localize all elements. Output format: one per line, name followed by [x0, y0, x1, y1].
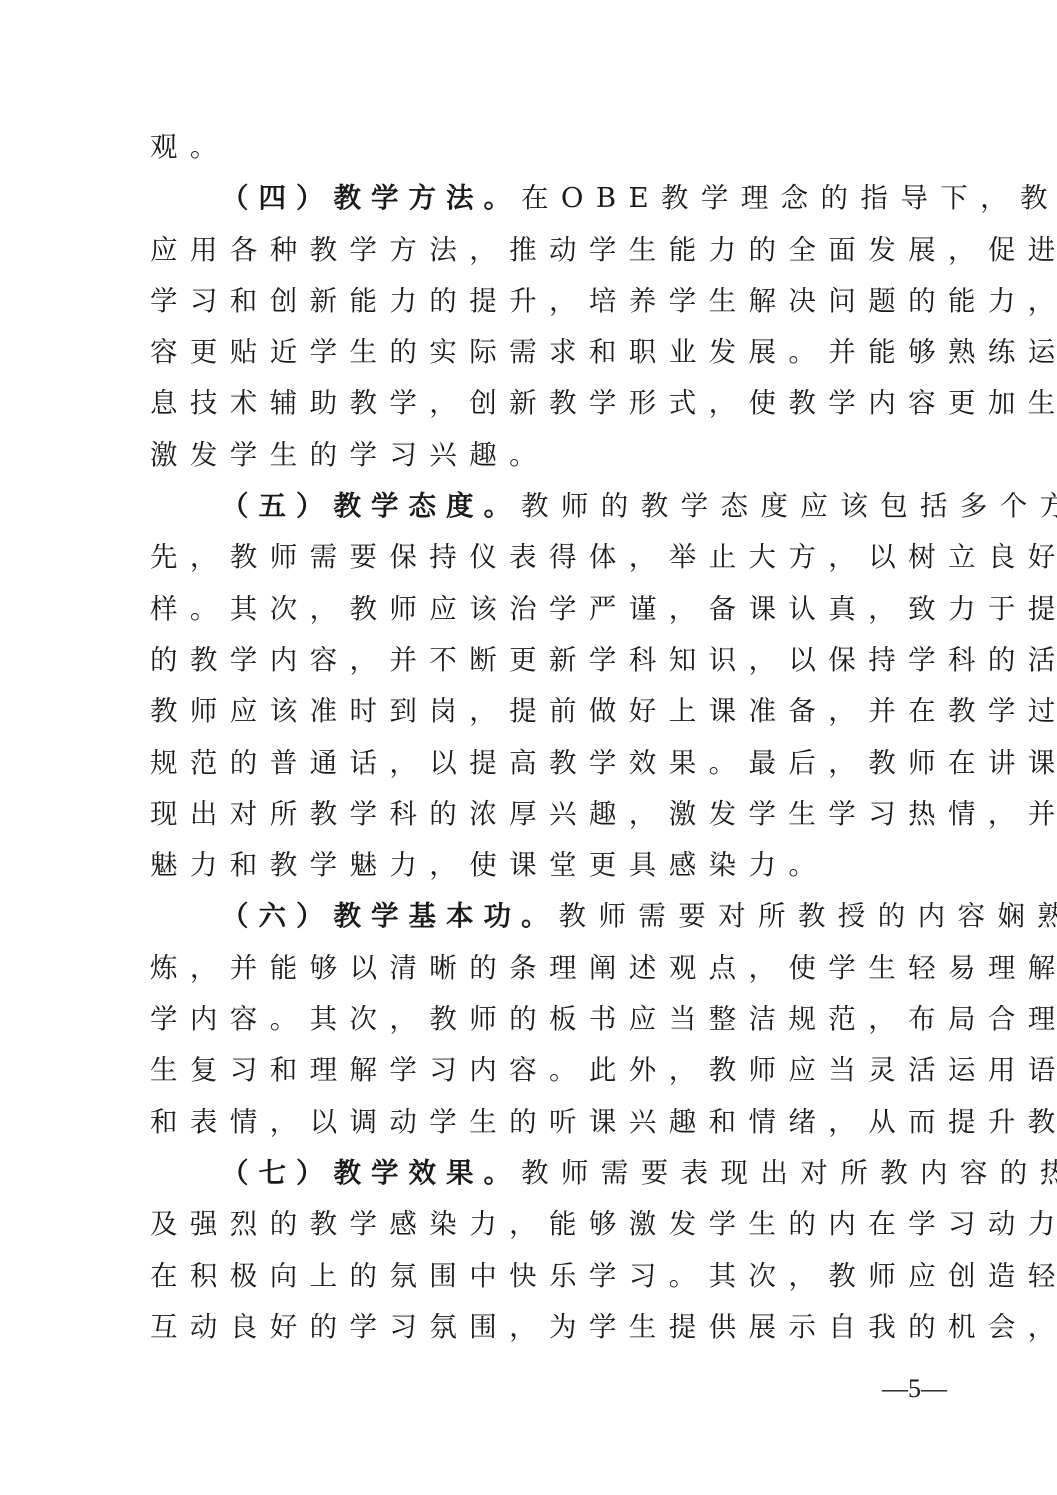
text-line: 激发学生的学习兴趣。	[150, 430, 950, 481]
line-text: 及强烈的教学感染力，能够激发学生的内在学习动力，让学生	[150, 1208, 1057, 1240]
line-text: 息技术辅助教学，创新教学形式，使教学内容更加生动直观，	[150, 387, 1057, 419]
text-line: 息技术辅助教学，创新教学形式，使教学内容更加生动直观，	[150, 378, 950, 429]
line-text: 和表情，以调动学生的听课兴趣和情绪，从而提升教学效果。	[150, 1106, 1057, 1138]
line-text: 在积极向上的氛围中快乐学习。其次，教师应创造轻松活泼、	[150, 1260, 1057, 1292]
section-heading-teaching-fundamentals: （六）教学基本功。	[221, 900, 559, 932]
line-text: 在OBE教学理念的指导下，教师应灵活	[521, 182, 1057, 214]
line-text: 应用各种教学方法，推动学生能力的全面发展，促进学生自主	[150, 234, 1057, 266]
page-number: —5—	[882, 1374, 947, 1404]
line-text: 先，教师需要保持仪表得体，举止大方，以树立良好的学习榜	[150, 541, 1057, 573]
text-line: 观。	[150, 122, 950, 173]
section-heading-teaching-effect: （七）教学效果。	[221, 1157, 521, 1189]
line-text: 容更贴近学生的实际需求和职业发展。并能够熟练运用现代信	[150, 336, 1057, 368]
text-line: 炼，并能够以清晰的条理阐述观点，使学生轻易理解和把握教	[150, 943, 950, 994]
section-7-heading-line: （七）教学效果。教师需要表现出对所教内容的热情，以	[150, 1148, 950, 1199]
text-line: 先，教师需要保持仪表得体，举止大方，以树立良好的学习榜	[150, 532, 950, 583]
text-line: 样。其次，教师应该治学严谨，备课认真，致力于提供高质量	[150, 584, 950, 635]
line-text: 的教学内容，并不断更新学科知识，以保持学科的活力。同时，	[150, 644, 1057, 676]
line-text: 教师的教学态度应该包括多个方面。首	[521, 490, 1057, 522]
text-line: 生复习和理解学习内容。此外，教师应当灵活运用语言、手势	[150, 1045, 950, 1096]
line-text: 教师应该准时到岗，提前做好上课准备，并在教学过程中使用	[150, 695, 1057, 727]
text-line: 学习和创新能力的提升，培养学生解决问题的能力，使教学内	[150, 276, 950, 327]
section-5-heading-line: （五）教学态度。教师的教学态度应该包括多个方面。首	[150, 481, 950, 532]
section-4-heading-line: （四）教学方法。在OBE教学理念的指导下，教师应灵活	[150, 173, 950, 224]
section-6-heading-line: （六）教学基本功。教师需要对所教授的内容娴熟而精	[150, 891, 950, 942]
text-line: 互动良好的学习氛围，为学生提供展示自我的机会，鼓励学生	[150, 1302, 950, 1353]
body-text: 观。 （四）教学方法。在OBE教学理念的指导下，教师应灵活 应用各种教学方法，推…	[150, 122, 950, 1353]
text-line: 魅力和教学魅力，使课堂更具感染力。	[150, 840, 950, 891]
line-text: 生复习和理解学习内容。此外，教师应当灵活运用语言、手势	[150, 1054, 1057, 1086]
line-text: 现出对所教学科的浓厚兴趣，激发学生学习热情，并展现个人	[150, 798, 1057, 830]
line-text: 教师需要表现出对所教内容的热情，以	[521, 1157, 1057, 1189]
line-text: 学内容。其次，教师的板书应当整洁规范，布局合理，以便学	[150, 1003, 1057, 1035]
line-text: 炼，并能够以清晰的条理阐述观点，使学生轻易理解和把握教	[150, 952, 1057, 984]
text-line: 现出对所教学科的浓厚兴趣，激发学生学习热情，并展现个人	[150, 789, 950, 840]
text-line: 在积极向上的氛围中快乐学习。其次，教师应创造轻松活泼、	[150, 1251, 950, 1302]
line-text: 激发学生的学习兴趣。	[150, 439, 549, 471]
line-text: 学习和创新能力的提升，培养学生解决问题的能力，使教学内	[150, 285, 1057, 317]
text-line: 应用各种教学方法，推动学生能力的全面发展，促进学生自主	[150, 225, 950, 276]
line-text: 规范的普通话，以提高教学效果。最后，教师在讲课时应该展	[150, 747, 1057, 779]
line-text: 魅力和教学魅力，使课堂更具感染力。	[150, 849, 828, 881]
line-text: 样。其次，教师应该治学严谨，备课认真，致力于提供高质量	[150, 593, 1057, 625]
line-text: 互动良好的学习氛围，为学生提供展示自我的机会，鼓励学生	[150, 1311, 1057, 1343]
text-line: 的教学内容，并不断更新学科知识，以保持学科的活力。同时，	[150, 635, 950, 686]
section-heading-teaching-attitude: （五）教学态度。	[221, 490, 521, 522]
text-line: 容更贴近学生的实际需求和职业发展。并能够熟练运用现代信	[150, 327, 950, 378]
line-text: 观。	[150, 131, 230, 163]
text-line: 教师应该准时到岗，提前做好上课准备，并在教学过程中使用	[150, 686, 950, 737]
section-heading-teaching-methods: （四）教学方法。	[221, 182, 521, 214]
text-line: 及强烈的教学感染力，能够激发学生的内在学习动力，让学生	[150, 1199, 950, 1250]
document-page: 观。 （四）教学方法。在OBE教学理念的指导下，教师应灵活 应用各种教学方法，推…	[0, 0, 1057, 1495]
text-line: 规范的普通话，以提高教学效果。最后，教师在讲课时应该展	[150, 738, 950, 789]
line-text: 教师需要对所教授的内容娴熟而精	[559, 900, 1057, 932]
text-line: 和表情，以调动学生的听课兴趣和情绪，从而提升教学效果。	[150, 1097, 950, 1148]
text-line: 学内容。其次，教师的板书应当整洁规范，布局合理，以便学	[150, 994, 950, 1045]
